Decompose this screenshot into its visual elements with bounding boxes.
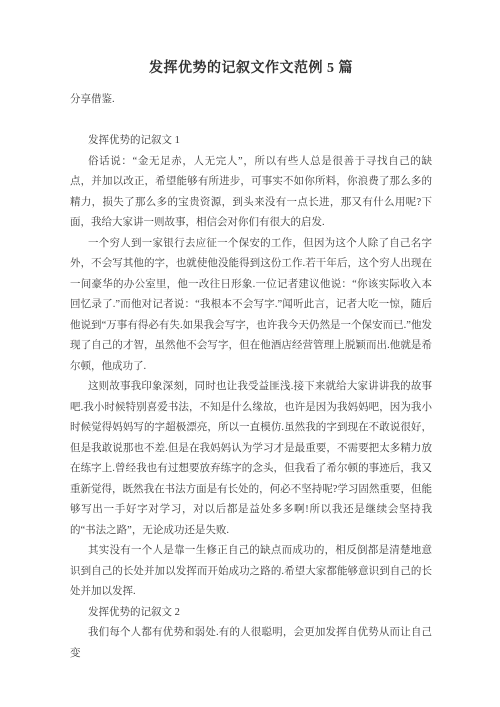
section-heading-2: 发挥优势的记叙文 2: [70, 603, 432, 624]
paragraph: 俗话说：“金无足赤，人无完人”，所以有些人总是很善于寻找自己的缺点，并加以改正，…: [70, 152, 432, 234]
paragraph: 我们每个人都有优势和弱处.有的人很聪明，会更加发挥自优势从而让自己变: [70, 623, 432, 664]
paragraph: 其实没有一个人是靠一生修正自己的缺点而成功的，相反倒都是清楚地意识到自己的长处并…: [70, 541, 432, 603]
document-title: 发挥优势的记叙文作文范例 5 篇: [70, 58, 432, 80]
document-page: 发挥优势的记叙文作文范例 5 篇 分享借鉴. 发挥优势的记叙文 1 俗话说：“金…: [0, 0, 500, 707]
paragraph: 这则故事我印象深刻，同时也让我受益匪浅.接下来就给大家讲讲我的故事吧.我小时候特…: [70, 377, 432, 541]
section-heading-1: 发挥优势的记叙文 1: [70, 131, 432, 152]
section-essay-1: 发挥优势的记叙文 1 俗话说：“金无足赤，人无完人”，所以有些人总是很善于寻找自…: [70, 131, 432, 603]
intro-text: 分享借鉴.: [70, 90, 432, 111]
section-essay-2: 发挥优势的记叙文 2 我们每个人都有优势和弱处.有的人很聪明，会更加发挥自优势从…: [70, 603, 432, 665]
paragraph: 一个穷人到一家银行去应征一个保安的工作，但因为这个人除了自己名字外，不会写其他的…: [70, 234, 432, 378]
